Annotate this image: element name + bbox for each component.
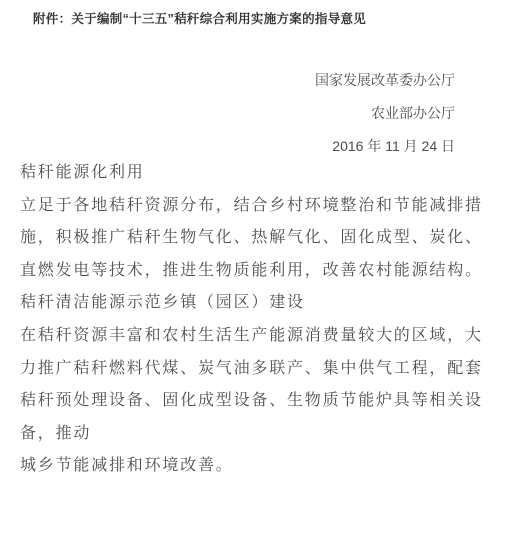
signature-block: 国家发展改革委办公厅 农业部办公厅 2016 年 11 月 24 日 [100, 64, 455, 162]
body-line: 直燃发电等技术，推进生物质能利用，改善农村能源结构。 [20, 255, 487, 288]
signature-agency-moa: 农业部办公厅 [100, 97, 455, 130]
body-line: 备，推动 [20, 418, 487, 451]
body-line: 秸秆预处理设备、固化成型设备、生物质节能炉具等相关设 [20, 385, 487, 418]
body-line: 力推广秸秆燃料代煤、炭气油多联产、集中供气工程，配套 [20, 353, 487, 386]
body-line-heading-energy: 秸秆能源化利用 [20, 157, 487, 190]
signature-agency-ndrc: 国家发展改革委办公厅 [100, 64, 455, 97]
body-text-block: 秸秆能源化利用 立足于各地秸秆资源分布，结合乡村环境整治和节能减排措 施，积极推… [20, 157, 487, 483]
body-line: 施，积极推广秸秆生物气化、热解气化、固化成型、炭化、 [20, 222, 487, 255]
body-line: 城乡节能减排和环境改善。 [20, 450, 487, 483]
body-line-heading-demonstration: 秸秆清洁能源示范乡镇（园区）建设 [20, 287, 487, 320]
document-page: 附件：关于编制“十三五”秸秆综合利用实施方案的指导意见 国家发展改革委办公厅 农… [0, 0, 507, 550]
document-title: 附件：关于编制“十三五”秸秆综合利用实施方案的指导意见 [33, 11, 487, 27]
body-line: 在秸秆资源丰富和农村生活生产能源消费量较大的区域，大 [20, 320, 487, 353]
body-line: 立足于各地秸秆资源分布，结合乡村环境整治和节能减排措 [20, 190, 487, 223]
